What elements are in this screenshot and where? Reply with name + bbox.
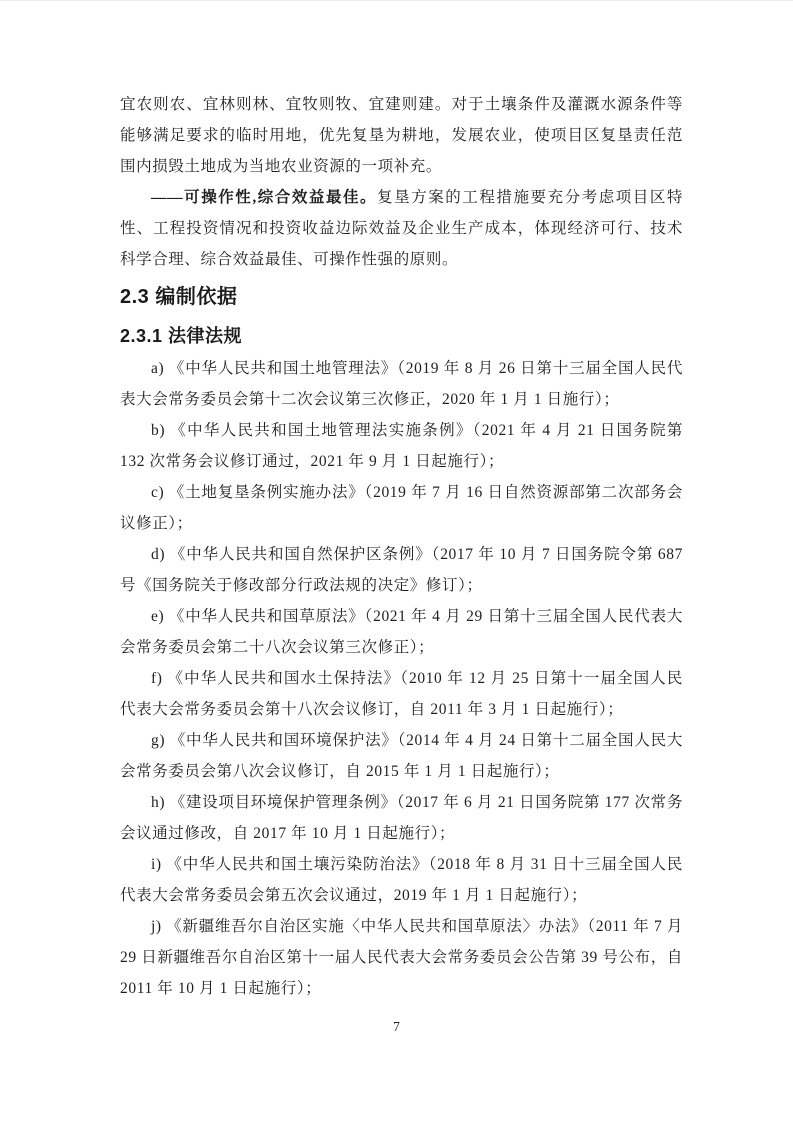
law-item-b: b) 《中华人民共和国土地管理法实施条例》（2021 年 4 月 21 日国务院… bbox=[120, 415, 683, 477]
law-item-i: i) 《中华人民共和国土壤污染防治法》（2018 年 8 月 31 日十三届全国… bbox=[120, 849, 683, 911]
law-item-f: f) 《中华人民共和国水土保持法》（2010 年 12 月 25 日第十一届全国… bbox=[120, 663, 683, 725]
page-content: 宜农则农、宜林则林、宜牧则牧、宜建则建。对于土壤条件及灌溉水源条件等能够满足要求… bbox=[120, 89, 683, 1004]
law-item-d: d) 《中华人民共和国自然保护区条例》（2017 年 10 月 7 日国务院令第… bbox=[120, 539, 683, 601]
page-number: 7 bbox=[0, 1019, 793, 1035]
subsection-heading-2-3-1: 2.3.1 法律法规 bbox=[120, 323, 683, 349]
paragraph-continuation: 宜农则农、宜林则林、宜牧则牧、宜建则建。对于土壤条件及灌溉水源条件等能够满足要求… bbox=[120, 89, 683, 182]
law-item-c: c) 《土地复垦条例实施办法》（2019 年 7 月 16 日自然资源部第二次部… bbox=[120, 477, 683, 539]
principle-lead-bold-text: ——可操作性,综合效益最佳。 bbox=[151, 189, 377, 206]
law-item-j: j) 《新疆维吾尔自治区实施〈中华人民共和国草原法〉办法》（2011 年 7 月… bbox=[120, 911, 683, 1004]
law-item-e: e) 《中华人民共和国草原法》（2021 年 4 月 29 日第十三届全国人民代… bbox=[120, 601, 683, 663]
section-heading-2-3: 2.3 编制依据 bbox=[120, 283, 683, 311]
law-item-h: h) 《建设项目环境保护管理条例》（2017 年 6 月 21 日国务院第 17… bbox=[120, 787, 683, 849]
paragraph-principle: ——可操作性,综合效益最佳。复垦方案的工程措施要充分考虑项目区特性、工程投资情况… bbox=[120, 182, 683, 275]
document-page: 宜农则农、宜林则林、宜牧则牧、宜建则建。对于土壤条件及灌溉水源条件等能够满足要求… bbox=[0, 0, 793, 1122]
law-item-g: g) 《中华人民共和国环境保护法》（2014 年 4 月 24 日第十二届全国人… bbox=[120, 725, 683, 787]
law-item-a: a) 《中华人民共和国土地管理法》（2019 年 8 月 26 日第十三届全国人… bbox=[120, 353, 683, 415]
